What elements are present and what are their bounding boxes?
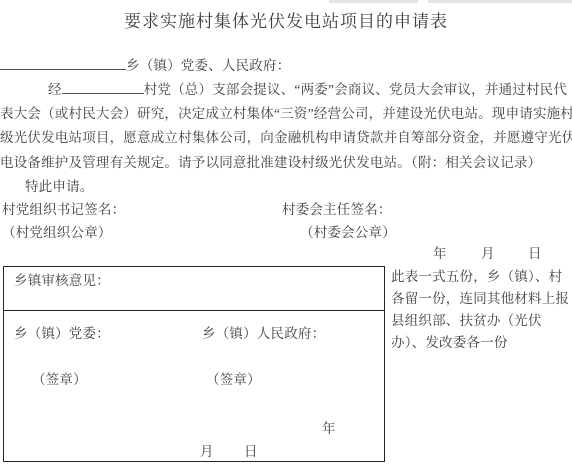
seal-placeholder-left: （签章） xyxy=(32,368,87,392)
township-name-blank[interactable] xyxy=(0,54,126,70)
application-form-document: 要求实施村集体光伏发电站项目的申请表 乡（镇）党委、人民政府： 经村党（总）支部… xyxy=(0,0,572,464)
body-line: 级光伏发电站项目，愿意成立村集体公司，向金融机构申请贷款并自筹部分资金，并愿遵守… xyxy=(0,126,572,150)
salutation-line: 乡（镇）党委、人民政府： xyxy=(0,54,290,78)
body-line: 经村党（总）支部会提议、“两委”会商议、党员大会审议，并通过村民代 xyxy=(0,78,567,102)
township-government-label: 乡（镇）人民政府： xyxy=(202,322,325,346)
body-lead: 经 xyxy=(0,82,62,97)
review-opinion-label: 乡镇审核意见： xyxy=(14,269,110,293)
salutation-label: 乡（镇）党委、人民政府： xyxy=(126,58,290,73)
closing-statement: 特此申请。 xyxy=(25,175,94,199)
box-date-month-label: 月 xyxy=(200,440,214,464)
review-box-divider xyxy=(4,310,384,311)
seal-placeholder-right: （签章） xyxy=(206,368,261,392)
body-line: 表大会（或村民大会）研究，决定成立村集体“三资”经营公司，并建设光伏电站。现申请… xyxy=(0,102,572,126)
secretary-signature-label: 村党组织书记签名： xyxy=(2,198,125,222)
body-line: 电设备维护及管理有关规定。请予以同意批准建设村级光伏发电站。（附：相关会议记录） xyxy=(0,151,541,175)
township-review-box: 乡镇审核意见： 乡（镇）党委： 乡（镇）人民政府： （签章） （签章） 年 月 … xyxy=(3,266,385,462)
village-name-blank[interactable] xyxy=(62,78,144,94)
party-org-seal-note: （村党组织公章） xyxy=(2,221,112,245)
township-party-committee-label: 乡（镇）党委： xyxy=(14,322,110,346)
date-day-label: 日 xyxy=(528,242,542,266)
distribution-note: 此表一式五份，乡（镇）、村 各留一份，连同其他材料上报 县组织部、扶贫办（光伏 … xyxy=(391,266,569,354)
body-line-rest: 村党（总）支部会提议、“两委”会商议、党员大会审议，并通过村民代 xyxy=(144,82,567,97)
distribution-note-line: 县组织部、扶贫办（光伏 xyxy=(391,310,569,332)
committee-seal-note: （村委会公章） xyxy=(300,221,396,245)
distribution-note-line: 办）、发改委各一份 xyxy=(391,332,569,354)
box-date-year-label: 年 xyxy=(322,417,336,441)
date-month-label: 月 xyxy=(481,242,495,266)
date-year-label: 年 xyxy=(433,242,447,266)
chairman-signature-label: 村委会主任签名： xyxy=(282,198,392,222)
page-edge-artifact xyxy=(428,0,572,3)
page-edge-artifact xyxy=(329,0,418,3)
box-date-day-label: 日 xyxy=(244,440,258,464)
form-title: 要求实施村集体光伏发电站项目的申请表 xyxy=(0,9,572,35)
distribution-note-line: 各留一份，连同其他材料上报 xyxy=(391,288,569,310)
distribution-note-line: 此表一式五份，乡（镇）、村 xyxy=(391,266,569,288)
